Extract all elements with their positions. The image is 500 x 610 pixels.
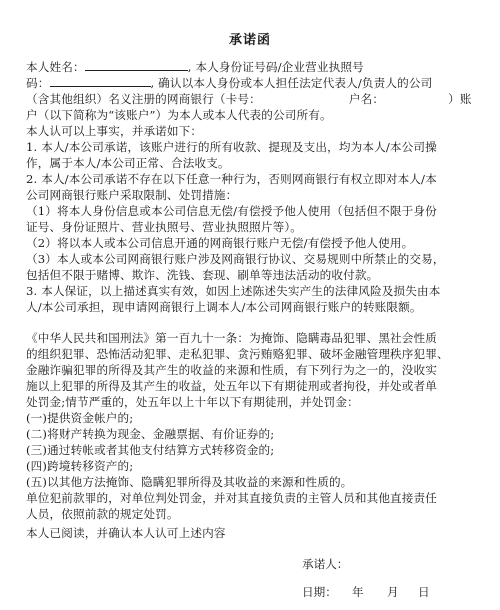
- id-number-blank-field[interactable]: [50, 75, 151, 87]
- law-line: 的组织犯罪、恐怖活动犯罪、走私犯罪、贪污贿赂犯罪、破坏金融管理秩序犯罪、: [26, 346, 449, 362]
- document-title: 承诺函: [0, 29, 500, 48]
- date-month-label: 月: [387, 584, 399, 600]
- commitment-line: 2. 本人/本公司承诺不存在以下任意一种行为，否则网商银行有权立即对本人/本: [26, 171, 437, 187]
- commitment-line: 3. 本人保证，以上描述真实有效，如因上述陈述失实产生的法律风险及损失由本: [26, 283, 441, 299]
- commitment-line: 本人认可以上事实，并承诺如下：: [26, 123, 202, 139]
- law-line: (一)提供资金帐户的;: [26, 410, 133, 426]
- account-name-label: 户名：: [349, 92, 384, 106]
- law-line: (二)将财产转换为现金、金融票据、有价证券的;: [26, 426, 274, 442]
- ownership-line: 户（以下简称为“该账户”）为本人或本人代表的公司所有。: [26, 107, 332, 123]
- law-line: 金融诈骗犯罪的所得及其产生的收益的来源和性质，有下列行为之一的，没收实: [26, 362, 437, 378]
- acknowledgement-text: 本人已阅读，并确认本人认可上述内容: [26, 525, 226, 541]
- law-line: (四)跨境转移资产的;: [26, 458, 133, 474]
- card-number-label: （含其他组织）名义注册的网商银行（卡号：: [26, 92, 261, 106]
- commitment-line: （1）将本人身份信息或本公司信息无偿/有偿授予他人使用（包括但不限于身份: [26, 203, 437, 219]
- law-line: (三)通过转帐或者其他支付结算方式转移资金的;: [26, 442, 274, 458]
- date-year-label: 年: [352, 584, 364, 600]
- commitment-line: 公司网商银行账户采取限制、处罚措施：: [26, 187, 237, 203]
- date-day-label: 日: [418, 584, 430, 600]
- law-line: 《中华人民共和国刑法》第一百九十一条：为掩饰、隐瞒毒品犯罪、黑社会性质: [26, 330, 437, 346]
- commitment-line: 人/本公司承担，现申请网商银行上调本人/本公司网商银行账户的转账限额。: [26, 299, 422, 315]
- commitment-line: （2）将以本人或本公司信息开通的网商银行账户无偿/有偿授予他人使用。: [26, 235, 413, 251]
- account-line: （含其他组织）名义注册的网商银行（卡号：户名：）账: [26, 91, 472, 107]
- date-label: 日期：: [302, 584, 337, 600]
- commitment-line: 证号、身份证照片、营业执照号、营业执照照片等）。: [26, 219, 302, 235]
- law-line: 施以上犯罪的所得及其产生的收益，处五年以下有期徒刑或者拘役，并处或者单: [26, 378, 437, 394]
- commitment-line: （3）本人或本公司网商银行账户涉及网商银行协议、交易规则中所禁止的交易，: [26, 251, 445, 267]
- law-line: (五)以其他方法掩饰、隐瞒犯罪所得及其收益的来源和性质的。: [26, 474, 352, 490]
- law-line: 处罚金;情节严重的，处五年以上十年以下有期徒刑，并处罚金：: [26, 394, 359, 410]
- commitment-line: 作，属于本人/本公司正常、合法收支。: [26, 155, 230, 171]
- law-line: 单位犯前款罪的，对单位判处罚金，并对其直接负责的主管人员和其他直接责任: [26, 490, 437, 506]
- id-label-cont: 码：: [26, 76, 50, 90]
- id-label: , 本人身份证号码/企业营业执照号: [188, 60, 364, 74]
- commitment-line: 1. 本人/本公司承诺，该账户进行的所有收款、提现及支出，均为本人/本公司操: [26, 139, 437, 155]
- name-blank-field[interactable]: [85, 59, 188, 71]
- account-line-end: ）账: [448, 92, 472, 106]
- name-id-line: 本人姓名：, 本人身份证号码/企业营业执照号: [26, 59, 364, 75]
- id-confirm-line: 码：, 确认以本人身份或本人担任法定代表人/负责人的公司: [26, 75, 432, 91]
- commitment-line: 包括但不限于赌博、欺诈、洗钱、套现、刷单等违法活动的收付款。: [26, 267, 378, 283]
- law-line: 人员，依照前款的规定处罚。: [26, 506, 179, 522]
- commitment-letter-page: 承诺函 本人姓名：, 本人身份证号码/企业营业执照号 码：, 确认以本人身份或本…: [0, 0, 500, 610]
- promisor-label: 承诺人：: [302, 556, 348, 572]
- confirm-text: , 确认以本人身份或本人担任法定代表人/负责人的公司: [151, 76, 433, 90]
- name-label: 本人姓名：: [26, 60, 85, 74]
